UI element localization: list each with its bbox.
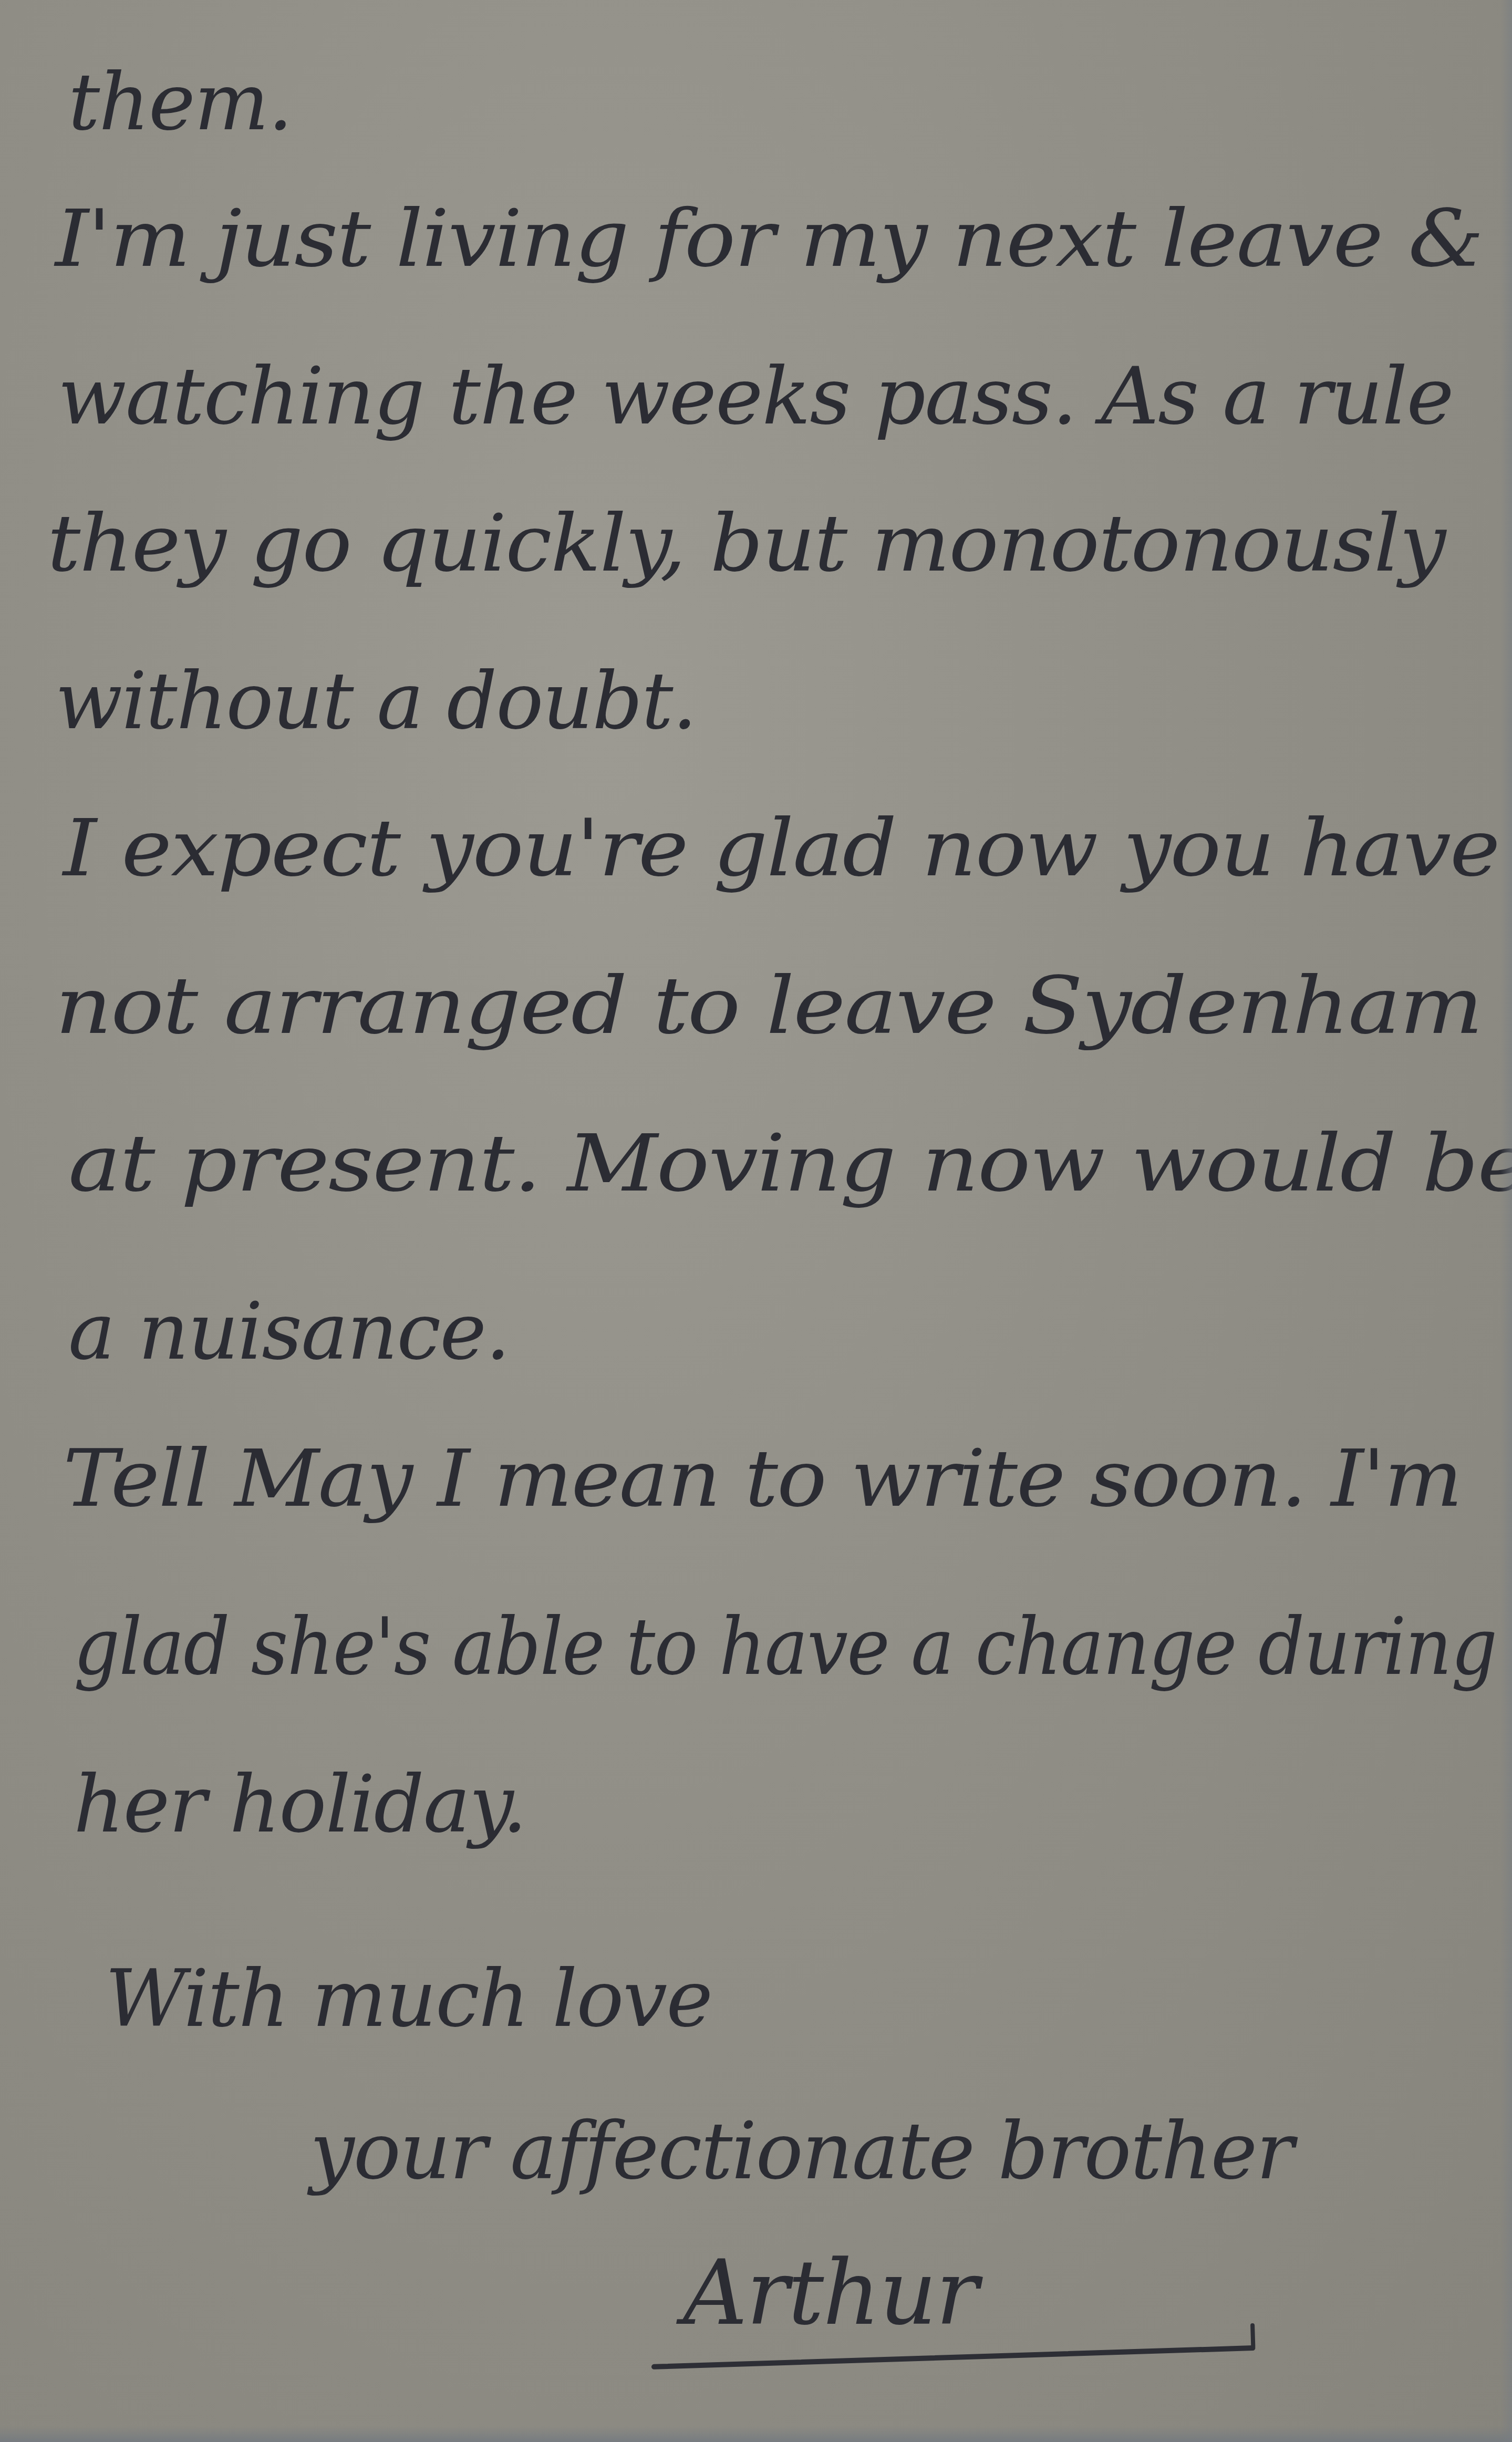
letter-line-12: her holiday. xyxy=(74,1765,526,1844)
letter-line-2: I'm just living for my next leave & xyxy=(55,200,1483,278)
valediction-line: your affectionate brother xyxy=(310,2112,1293,2191)
letter-line-9: a nuisance. xyxy=(68,1292,510,1371)
letter-line-4: they go quickly, but monotonously xyxy=(47,504,1445,583)
letter-line-8: at present. Moving now would be xyxy=(68,1124,1512,1203)
letter-line-7: not arranged to leave Sydenham xyxy=(55,967,1482,1046)
paper-bottom-edge xyxy=(0,2426,1512,2442)
signature-underline xyxy=(651,2345,1256,2369)
letter-line-1: them. xyxy=(68,63,292,142)
letter-line-3: watching the weeks pass. As a rule xyxy=(58,357,1453,436)
closing-line: With much love xyxy=(105,1960,712,2039)
letter-line-10: Tell May I mean to write soon. I'm xyxy=(63,1440,1462,1518)
letter-line-11: glad she's able to have a change during xyxy=(74,1608,1496,1686)
signature: Arthur xyxy=(683,2249,978,2338)
letter-line-5: without a doubt. xyxy=(55,662,696,741)
letter-page: them. I'm just living for my next leave … xyxy=(0,0,1512,2442)
letter-line-6: I expect you're glad now you have xyxy=(63,809,1499,888)
